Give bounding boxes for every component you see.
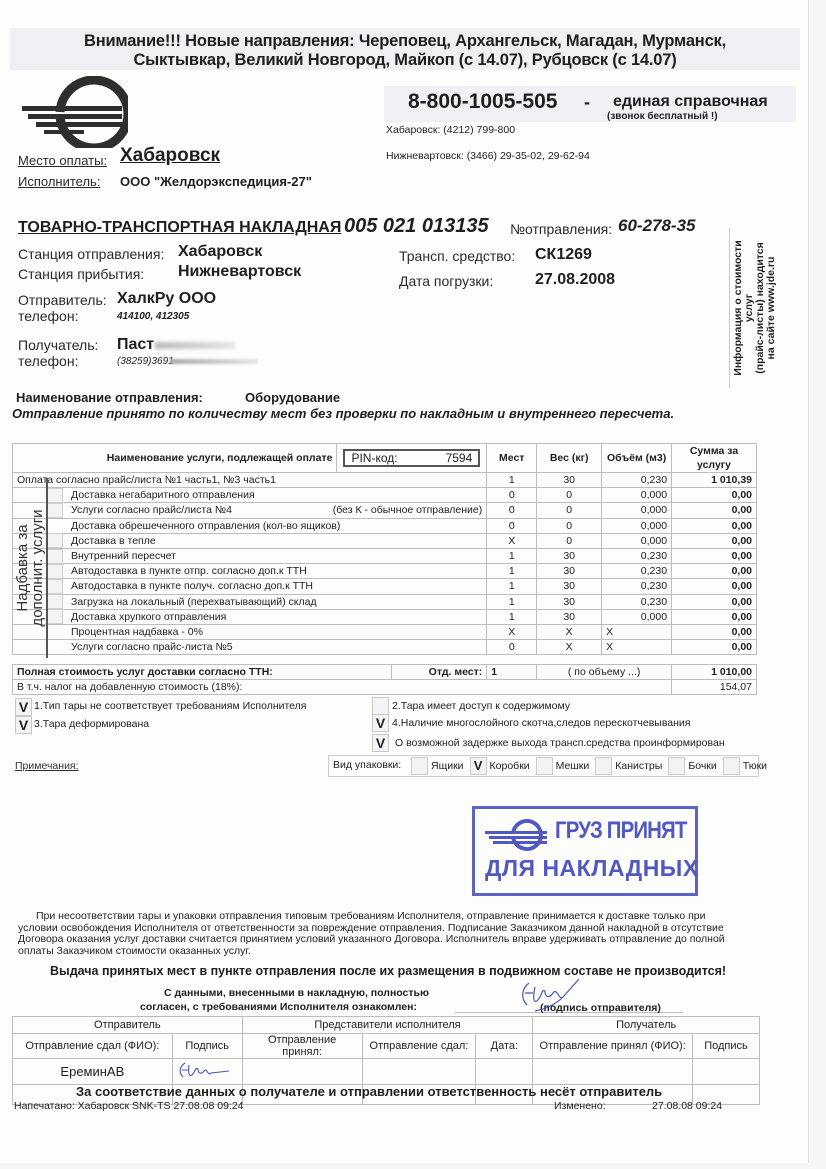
- packaging-option-label: Ящики: [431, 760, 464, 772]
- service-row: Загрузка на локальный (перехватывающий) …: [13, 594, 757, 609]
- packaging-option-label: Канистры: [615, 760, 662, 772]
- pin-label: PIN-код:: [351, 451, 397, 465]
- hotline-number: 8-800-1005-505: [408, 90, 557, 114]
- packaging-option-label: Коробки: [490, 760, 530, 772]
- service-volume: X: [602, 640, 672, 655]
- service-sum: 0,00: [672, 594, 757, 609]
- condition-2-checkbox[interactable]: [372, 697, 389, 715]
- packaging-checkbox[interactable]: [668, 757, 685, 775]
- company-logo-icon: [18, 76, 128, 148]
- service-name: Услуги согласно прайс-листа №5: [71, 640, 233, 654]
- service-row: Доставка в теплеX00,0000,00: [13, 533, 757, 548]
- service-sum: 0,00: [672, 518, 757, 533]
- executor-label: Исполнитель:: [18, 174, 100, 189]
- base-service-row: Оплата согласно прайс/листа №1 часть1, №…: [13, 473, 757, 488]
- cargo-value: Оборудование: [245, 390, 340, 405]
- khabarovsk-phone: Хабаровск: (4212) 799-800: [386, 124, 515, 136]
- base-service-name: Оплата согласно прайс/листа №1 часть1, №…: [13, 473, 487, 488]
- service-places: X: [487, 624, 537, 639]
- service-sum: 0,00: [672, 579, 757, 594]
- service-places: 1: [487, 548, 537, 563]
- total-row: Полная стоимость услуг доставки согласно…: [13, 665, 757, 680]
- condition-4-label: 4.Наличие многослойного скотча,следов пе…: [392, 717, 690, 729]
- cargo-label: Наименование отправления:: [16, 390, 203, 405]
- col-sender-signature: Подпись: [172, 1034, 242, 1059]
- sender-name-value: ЕреминАВ: [13, 1059, 173, 1085]
- service-row: Внутренний пересчет1300,2300,00: [13, 548, 757, 563]
- handwritten-signature-icon: [177, 1059, 237, 1081]
- service-places: X: [487, 533, 537, 548]
- sender-label: Отправитель:: [18, 292, 107, 308]
- service-checkbox[interactable]: [47, 549, 63, 564]
- pin-value: 7594: [446, 451, 473, 465]
- service-sum: 0,00: [672, 640, 757, 655]
- service-row: Процентная надбавка - 0%XXX0,00: [13, 624, 757, 639]
- base-service-sum: 1 010,39: [672, 473, 757, 488]
- service-weight: 0: [537, 488, 602, 503]
- group-receiver: Получатель: [533, 1017, 760, 1034]
- condition-4-checkbox[interactable]: V: [372, 714, 389, 732]
- receiver-redaction: [155, 342, 235, 349]
- waybill-page: Внимание!!! Новые направления: Череповец…: [0, 0, 809, 1163]
- service-sum: 0,00: [672, 488, 757, 503]
- terms-warning: Выдача принятых мест в пункте отправлени…: [50, 964, 726, 978]
- service-name: Доставка обрешеченного отправления (кол-…: [71, 519, 340, 533]
- executor-value: ООО "Желдорэкспедиция-27": [120, 174, 312, 189]
- service-sum: 0,00: [672, 548, 757, 563]
- col-executor-handed: Отправление сдал:: [362, 1034, 476, 1059]
- vehicle-label: Трансп. средство:: [399, 248, 515, 264]
- changed-label: Изменено:: [554, 1100, 606, 1112]
- condition-2-label: 2.Тара имеет доступ к содержимому: [392, 700, 570, 712]
- packaging-option[interactable]: Тюки: [723, 757, 767, 775]
- agreement-line-2: согласен, с требованиями Исполнителя озн…: [140, 1001, 417, 1013]
- service-places: 0: [487, 488, 537, 503]
- service-volume: 0,000: [602, 503, 672, 518]
- service-places: 1: [487, 609, 537, 624]
- service-sum: 0,00: [672, 533, 757, 548]
- service-weight: 30: [537, 548, 602, 563]
- col-receiver-signature: Подпись: [693, 1034, 760, 1059]
- col-executor-accepted: Отправление принял:: [242, 1034, 362, 1059]
- service-weight: 0: [537, 503, 602, 518]
- sender-phone-value: 414100, 412305: [117, 311, 189, 322]
- service-sum: 0,00: [672, 564, 757, 579]
- announcement-line-2: Сыктывкар, Великий Новгород, Майкоп (с 1…: [10, 51, 800, 70]
- packaging-option[interactable]: Ящики: [411, 757, 464, 775]
- base-service-places: 1: [487, 473, 537, 488]
- group-sender: Отправитель: [13, 1017, 243, 1034]
- responsibility-note: За соответствие данных о получателе и от…: [76, 1084, 662, 1099]
- service-row: Доставка хрупкого отправления1300,0000,0…: [13, 609, 757, 624]
- packaging-checkbox[interactable]: [411, 757, 428, 775]
- additional-services-group-label: Надбавка задополнит. услуги: [14, 478, 48, 658]
- total-sum: 1 010,00: [672, 665, 757, 680]
- total-places-label: Отд. мест:: [392, 665, 487, 680]
- service-name: Процентная надбавка - 0%: [71, 625, 203, 639]
- nizhnevartovsk-phone: Нижневартовск: (3466) 29-35-02, 29-62-94: [386, 150, 590, 162]
- service-name: Услуги согласно прайс/листа №4: [71, 503, 232, 517]
- service-weight: 0: [537, 518, 602, 533]
- sender-value: ХалкРу ООО: [117, 290, 216, 308]
- service-volume: 0,000: [602, 488, 672, 503]
- packaging-checkbox[interactable]: [595, 757, 612, 775]
- terms-paragraph: При несоответствии тары и упаковки отпра…: [18, 911, 738, 957]
- service-name: Внутренний пересчет: [71, 549, 176, 563]
- service-volume: 0,230: [602, 579, 672, 594]
- packaging-checkbox[interactable]: [723, 757, 740, 775]
- packaging-box: Вид упаковки: ЯщикиVКоробкиМешкиКанистры…: [328, 755, 759, 777]
- shipment-number-label: №отправления:: [510, 221, 612, 237]
- departure-value: Хабаровск: [178, 243, 262, 261]
- service-checkbox[interactable]: [47, 594, 63, 609]
- shipment-number-value: 60-278-35: [618, 216, 696, 236]
- service-row: Доставка обрешеченного отправления (кол-…: [13, 518, 757, 533]
- service-volume: 0,230: [602, 564, 672, 579]
- service-row: Услуги согласно прайс-листа №50XX0,00: [13, 640, 757, 655]
- service-weight: 0: [537, 533, 602, 548]
- service-name: Загрузка на локальный (перехватывающий) …: [71, 595, 317, 609]
- service-places: 1: [487, 594, 537, 609]
- packaging-option[interactable]: Бочки: [668, 757, 716, 775]
- sender-signature-icon: [515, 975, 585, 1015]
- packaging-checkbox[interactable]: V: [470, 757, 487, 775]
- service-row: Автодоставка в пункте отпр. согласно доп…: [13, 564, 757, 579]
- stamp-line-2: ДЛЯ НАКЛАДНЫХ: [485, 855, 699, 882]
- service-volume: 0,000: [602, 518, 672, 533]
- service-name: Доставка в тепле: [71, 534, 156, 548]
- services-header-row: Наименование услуги, подлежащей оплате P…: [13, 444, 757, 473]
- payment-place-label: Место оплаты:: [18, 153, 107, 168]
- changed-value: 27.08.08 09:24: [652, 1100, 722, 1112]
- base-service-weight: 30: [537, 473, 602, 488]
- acceptance-note: Отправление принято по количеству мест б…: [12, 406, 674, 421]
- services-table: Наименование услуги, подлежащей оплате P…: [12, 443, 757, 655]
- packaging-option[interactable]: VКоробки: [470, 757, 530, 775]
- hotline-label: единая справочная: [613, 93, 768, 111]
- col-sender-name: Отправление сдал (ФИО):: [13, 1034, 173, 1059]
- service-weight: 30: [537, 609, 602, 624]
- total-label: Полная стоимость услуг доставки согласно…: [13, 665, 392, 680]
- notes-label: Примечания:: [15, 760, 79, 772]
- service-weight: X: [537, 640, 602, 655]
- service-places: 1: [487, 579, 537, 594]
- service-checkbox[interactable]: [47, 488, 63, 503]
- totals-table: Полная стоимость услуг доставки согласно…: [12, 664, 757, 695]
- service-volume: 0,230: [602, 548, 672, 563]
- condition-5-label: О возможной задержке выхода трансп.средс…: [395, 737, 725, 749]
- header-weight: Вес (кг): [537, 444, 602, 473]
- service-places: 0: [487, 518, 537, 533]
- service-volume: X: [602, 624, 672, 639]
- load-date-value: 27.08.2008: [535, 271, 615, 289]
- receiver-phone-label: телефон:: [18, 353, 78, 369]
- service-places: 0: [487, 503, 537, 518]
- service-sum: 0,00: [672, 624, 757, 639]
- service-checkbox[interactable]: [47, 609, 63, 624]
- price-list-note-line-4: на сайте www.jde.ru: [766, 240, 777, 375]
- cargo-accepted-stamp: ГРУЗ ПРИНЯТ ДЛЯ НАКЛАДНЫХ: [472, 806, 698, 896]
- condition-3-checkbox[interactable]: V: [15, 716, 32, 734]
- packaging-label: Вид упаковки:: [333, 759, 401, 771]
- condition-5-checkbox[interactable]: V: [372, 734, 389, 752]
- service-row: Услуги согласно прайс/листа №4(без К - о…: [13, 503, 757, 518]
- service-name: Доставка хрупкого отправления: [71, 610, 226, 624]
- price-list-note: Информация о стоимости услуг (прайс-лист…: [729, 228, 780, 388]
- vehicle-value: СК1269: [535, 246, 592, 264]
- service-name: Автодоставка в пункте получ. согласно до…: [71, 579, 313, 593]
- packaging-option-label: Бочки: [688, 760, 716, 772]
- payment-place-value: Хабаровск: [120, 145, 220, 167]
- service-name: Автодоставка в пункте отпр. согласно доп…: [71, 564, 307, 578]
- service-volume: 0,000: [602, 533, 672, 548]
- hotline-dash: -: [584, 92, 590, 113]
- service-row: Автодоставка в пункте получ. согласно до…: [13, 579, 757, 594]
- packaging-option-label: Тюки: [743, 760, 767, 772]
- service-checkbox[interactable]: [47, 533, 63, 548]
- vat-value: 154,07: [672, 680, 757, 695]
- packaging-checkbox[interactable]: [536, 757, 553, 775]
- service-name: Доставка негабаритного отправления: [71, 488, 255, 502]
- service-weight: 30: [537, 564, 602, 579]
- header-service-name: Наименование услуги, подлежащей оплате: [13, 444, 337, 473]
- header-sum: Сумма за услугу: [672, 444, 757, 473]
- arrival-label: Станция прибытия:: [18, 266, 144, 282]
- sender-signature-cell: [172, 1059, 242, 1085]
- service-weight: 30: [537, 594, 602, 609]
- announcement-line-1: Внимание!!! Новые направления: Череповец…: [10, 32, 800, 51]
- sender-phone-label: телефон:: [18, 308, 78, 324]
- receiver-label: Получатель:: [18, 337, 98, 353]
- packaging-option-label: Мешки: [556, 760, 590, 772]
- stamp-logo-icon: [483, 819, 551, 853]
- packaging-option[interactable]: Канистры: [595, 757, 662, 775]
- service-weight: X: [537, 624, 602, 639]
- service-weight: 30: [537, 579, 602, 594]
- agreement-line-1: С данными, внесенными в накладную, полно…: [164, 987, 429, 999]
- service-checkbox[interactable]: [47, 579, 63, 594]
- condition-3-label: 3.Тара деформирована: [34, 718, 149, 730]
- printed-info: Напечатано: Хабаровск SNK-TS 27.08.08 09…: [14, 1100, 244, 1112]
- service-sum: 0,00: [672, 503, 757, 518]
- service-row: Доставка негабаритного отправления000,00…: [13, 488, 757, 503]
- service-places: 1: [487, 564, 537, 579]
- condition-1-checkbox[interactable]: V: [15, 698, 32, 716]
- signature-columns-row: Отправление сдал (ФИО): Подпись Отправле…: [13, 1034, 760, 1059]
- service-checkbox[interactable]: [47, 503, 63, 518]
- receiver-phone-redaction: [170, 359, 258, 364]
- col-receiver-name: Отправление принял (ФИО):: [533, 1034, 693, 1059]
- service-places: 0: [487, 640, 537, 655]
- base-service-volume: 0,230: [602, 473, 672, 488]
- receiver-value: Паст: [117, 336, 154, 354]
- total-volume-note: ( по объему ...): [537, 665, 672, 680]
- service-volume: 0,000: [602, 609, 672, 624]
- service-volume: 0,230: [602, 594, 672, 609]
- col-date: Дата:: [476, 1034, 533, 1059]
- vat-row: В т.ч. налог на добавленную стоимость (1…: [13, 680, 757, 695]
- receiver-phone-value: (38259)3691: [117, 356, 174, 367]
- header-volume: Объём (м3): [602, 444, 672, 473]
- total-places: 1: [487, 665, 537, 680]
- waybill-title: ТОВАРНО-ТРАНСПОРТНАЯ НАКЛАДНАЯ: [18, 219, 341, 237]
- signature-groups-row: Отправитель Представители исполнителя По…: [13, 1017, 760, 1034]
- group-executor: Представители исполнителя: [242, 1017, 533, 1034]
- departure-label: Станция отправления:: [18, 246, 164, 262]
- service-note: (без К - обычное отправление): [333, 503, 483, 517]
- pin-cell: PIN-код: 7594: [337, 444, 487, 473]
- stamp-line-1: ГРУЗ ПРИНЯТ: [555, 817, 686, 845]
- packaging-option[interactable]: Мешки: [536, 757, 590, 775]
- vat-label: В т.ч. налог на добавленную стоимость (1…: [13, 680, 672, 695]
- hotline-note: (звонок бесплатный !): [607, 111, 718, 122]
- condition-1-label: 1.Тип тары не соответствует требованиям …: [34, 700, 306, 712]
- service-sum: 0,00: [672, 609, 757, 624]
- header-places: Мест: [487, 444, 537, 473]
- signature-values-row: ЕреминАВ: [13, 1059, 760, 1085]
- load-date-label: Дата погрузки:: [399, 273, 493, 289]
- arrival-value: Нижневартовск: [178, 263, 301, 281]
- waybill-number: 005 021 013135: [344, 215, 489, 238]
- service-checkbox[interactable]: [47, 564, 63, 579]
